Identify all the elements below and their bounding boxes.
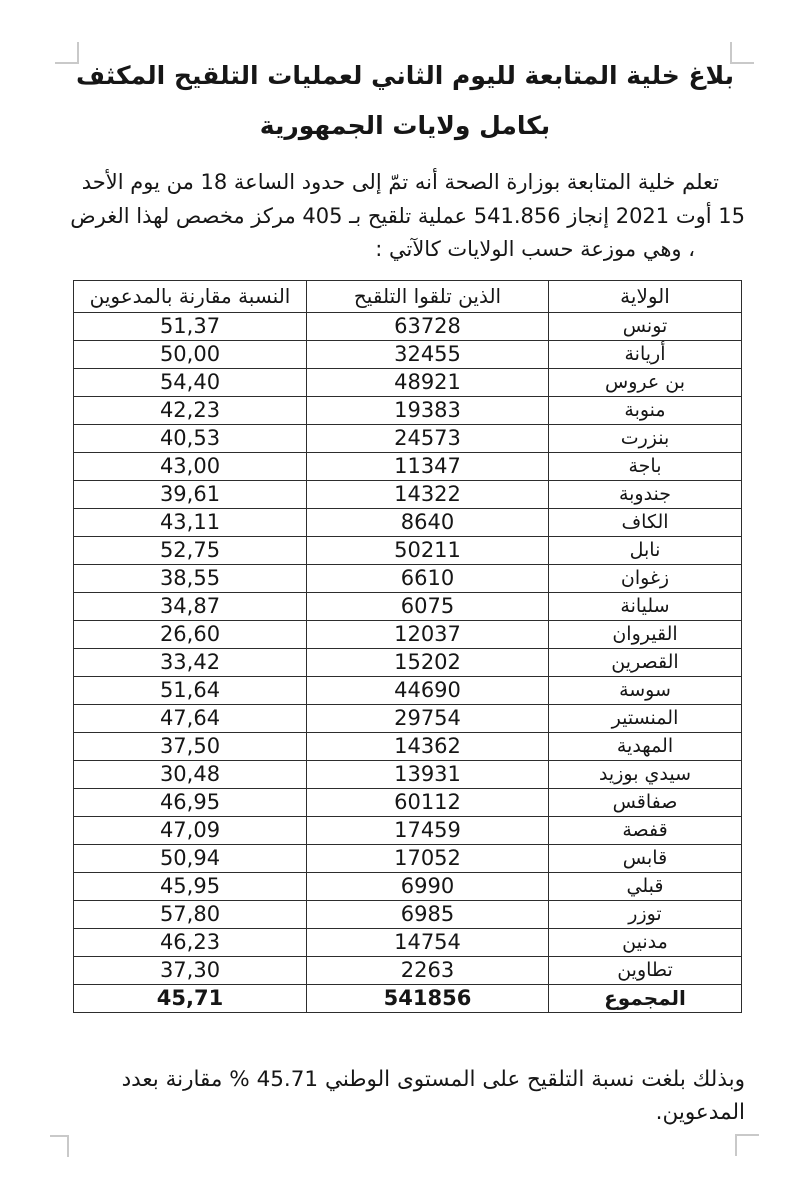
cell-governorate: سوسة <box>549 676 742 704</box>
cell-vaccinated: 8640 <box>307 508 549 536</box>
table-row: القيروان1203726,60 <box>74 620 742 648</box>
document-page: بلاغ خلية المتابعة لليوم الثاني لعمليات … <box>0 0 810 1200</box>
crop-mark-bottom-left <box>50 1135 69 1157</box>
total-row: المجموع 541856 45,71 <box>74 984 742 1012</box>
cell-governorate: تونس <box>549 312 742 340</box>
cell-vaccinated: 14754 <box>307 928 549 956</box>
cell-percentage: 38,55 <box>74 564 307 592</box>
cell-vaccinated: 17052 <box>307 844 549 872</box>
total-vaccinated: 541856 <box>307 984 549 1012</box>
cell-percentage: 34,87 <box>74 592 307 620</box>
cell-percentage: 51,64 <box>74 676 307 704</box>
cell-governorate: أريانة <box>549 340 742 368</box>
cell-governorate: سليانة <box>549 592 742 620</box>
total-label: المجموع <box>549 984 742 1012</box>
cell-percentage: 30,48 <box>74 760 307 788</box>
cell-governorate: مدنين <box>549 928 742 956</box>
table-footer: المجموع 541856 45,71 <box>74 984 742 1012</box>
table-row: المهدية1436237,50 <box>74 732 742 760</box>
table-row: تونس6372851,37 <box>74 312 742 340</box>
table-row: المنستير2975447,64 <box>74 704 742 732</box>
cell-governorate: نابل <box>549 536 742 564</box>
cell-governorate: باجة <box>549 452 742 480</box>
cell-governorate: الكاف <box>549 508 742 536</box>
intro-line-3: ، وهي موزعة حسب الولايات كالآتي : <box>65 233 745 267</box>
crop-mark-top-left <box>55 42 79 64</box>
cell-vaccinated: 14362 <box>307 732 549 760</box>
cell-governorate: بن عروس <box>549 368 742 396</box>
cell-governorate: المهدية <box>549 732 742 760</box>
crop-mark-bottom-right <box>735 1134 759 1156</box>
cell-vaccinated: 6075 <box>307 592 549 620</box>
header-percentage: النسبة مقارنة بالمدعوين <box>74 280 307 312</box>
cell-percentage: 46,95 <box>74 788 307 816</box>
vaccination-table: الولاية الذين تلقوا التلقيح النسبة مقارن… <box>73 280 742 1013</box>
cell-vaccinated: 15202 <box>307 648 549 676</box>
cell-vaccinated: 60112 <box>307 788 549 816</box>
cell-percentage: 46,23 <box>74 928 307 956</box>
table-row: بنزرت2457340,53 <box>74 424 742 452</box>
closing-text-after: مقارنة بعدد <box>122 1067 230 1092</box>
table-row: سليانة607534,87 <box>74 592 742 620</box>
intro-line-1: تعلم خلية المتابعة بوزارة الصحة أنه تمّ … <box>65 166 745 200</box>
cell-vaccinated: 14322 <box>307 480 549 508</box>
total-percentage: 45,71 <box>74 984 307 1012</box>
cell-vaccinated: 6990 <box>307 872 549 900</box>
cell-vaccinated: 13931 <box>307 760 549 788</box>
table-row: الكاف864043,11 <box>74 508 742 536</box>
table-row: صفاقس6011246,95 <box>74 788 742 816</box>
cell-vaccinated: 50211 <box>307 536 549 564</box>
cell-governorate: قبلي <box>549 872 742 900</box>
document-title-line1: بلاغ خلية المتابعة لليوم الثاني لعمليات … <box>40 58 770 94</box>
cell-vaccinated: 24573 <box>307 424 549 452</box>
cell-percentage: 52,75 <box>74 536 307 564</box>
table-row: منوبة1938342,23 <box>74 396 742 424</box>
cell-percentage: 37,50 <box>74 732 307 760</box>
cell-percentage: 50,94 <box>74 844 307 872</box>
cell-vaccinated: 63728 <box>307 312 549 340</box>
cell-percentage: 47,09 <box>74 816 307 844</box>
table-row: جندوبة1432239,61 <box>74 480 742 508</box>
table-row: أريانة3245550,00 <box>74 340 742 368</box>
table-row: قفصة1745947,09 <box>74 816 742 844</box>
cell-governorate: المنستير <box>549 704 742 732</box>
table-row: مدنين1475446,23 <box>74 928 742 956</box>
cell-governorate: صفاقس <box>549 788 742 816</box>
cell-percentage: 40,53 <box>74 424 307 452</box>
cell-governorate: القصرين <box>549 648 742 676</box>
national-rate-value: 45.71 % <box>229 1067 318 1092</box>
cell-vaccinated: 29754 <box>307 704 549 732</box>
table-row: نابل5021152,75 <box>74 536 742 564</box>
table-body: تونس6372851,37أريانة3245550,00بن عروس489… <box>74 312 742 984</box>
cell-percentage: 42,23 <box>74 396 307 424</box>
cell-vaccinated: 17459 <box>307 816 549 844</box>
table-row: قبلي699045,95 <box>74 872 742 900</box>
table-header-row: الولاية الذين تلقوا التلقيح النسبة مقارن… <box>74 280 742 312</box>
cell-governorate: القيروان <box>549 620 742 648</box>
cell-percentage: 39,61 <box>74 480 307 508</box>
cell-governorate: بنزرت <box>549 424 742 452</box>
cell-percentage: 54,40 <box>74 368 307 396</box>
table-row: القصرين1520233,42 <box>74 648 742 676</box>
cell-percentage: 45,95 <box>74 872 307 900</box>
table-header: الولاية الذين تلقوا التلقيح النسبة مقارن… <box>74 280 742 312</box>
cell-governorate: تطاوين <box>549 956 742 984</box>
cell-percentage: 33,42 <box>74 648 307 676</box>
cell-vaccinated: 2263 <box>307 956 549 984</box>
cell-percentage: 37,30 <box>74 956 307 984</box>
cell-percentage: 43,00 <box>74 452 307 480</box>
intro-line-2: 15 أوت 2021 إنجاز 541.856 عملية تلقيح بـ… <box>65 200 745 234</box>
table-row: باجة1134743,00 <box>74 452 742 480</box>
header-vaccinated: الذين تلقوا التلقيح <box>307 280 549 312</box>
cell-vaccinated: 48921 <box>307 368 549 396</box>
cell-percentage: 51,37 <box>74 312 307 340</box>
table-row: سوسة4469051,64 <box>74 676 742 704</box>
cell-governorate: منوبة <box>549 396 742 424</box>
closing-line-2: المدعوين. <box>65 1096 745 1129</box>
table-row: زغوان661038,55 <box>74 564 742 592</box>
cell-governorate: سيدي بوزيد <box>549 760 742 788</box>
cell-governorate: قفصة <box>549 816 742 844</box>
table-row: بن عروس4892154,40 <box>74 368 742 396</box>
cell-percentage: 50,00 <box>74 340 307 368</box>
cell-vaccinated: 44690 <box>307 676 549 704</box>
cell-governorate: قابس <box>549 844 742 872</box>
table-row: توزر698557,80 <box>74 900 742 928</box>
cell-percentage: 47,64 <box>74 704 307 732</box>
cell-vaccinated: 12037 <box>307 620 549 648</box>
cell-vaccinated: 19383 <box>307 396 549 424</box>
cell-governorate: جندوبة <box>549 480 742 508</box>
intro-paragraph: تعلم خلية المتابعة بوزارة الصحة أنه تمّ … <box>65 166 745 267</box>
table-row: قابس1705250,94 <box>74 844 742 872</box>
crop-mark-top-right <box>730 42 754 64</box>
cell-percentage: 43,11 <box>74 508 307 536</box>
cell-vaccinated: 11347 <box>307 452 549 480</box>
cell-vaccinated: 32455 <box>307 340 549 368</box>
cell-percentage: 26,60 <box>74 620 307 648</box>
closing-line-1: وبذلك بلغت نسبة التلقيح على المستوى الوط… <box>65 1063 745 1096</box>
cell-vaccinated: 6610 <box>307 564 549 592</box>
table-row: تطاوين226337,30 <box>74 956 742 984</box>
document-title-line2: بكامل ولايات الجمهورية <box>40 108 770 144</box>
cell-vaccinated: 6985 <box>307 900 549 928</box>
cell-percentage: 57,80 <box>74 900 307 928</box>
cell-governorate: زغوان <box>549 564 742 592</box>
cell-governorate: توزر <box>549 900 742 928</box>
closing-paragraph: وبذلك بلغت نسبة التلقيح على المستوى الوط… <box>65 1063 745 1129</box>
table-row: سيدي بوزيد1393130,48 <box>74 760 742 788</box>
closing-text-before: وبذلك بلغت نسبة التلقيح على المستوى الوط… <box>318 1067 745 1092</box>
header-governorate: الولاية <box>549 280 742 312</box>
